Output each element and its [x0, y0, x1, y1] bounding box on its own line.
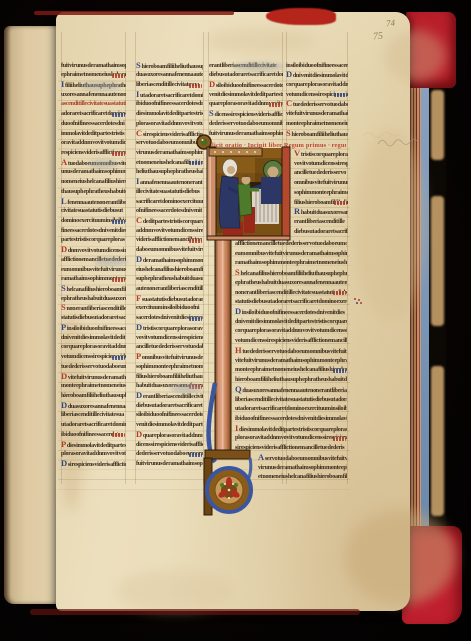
- text-line: ancille tue dederis servo: [294, 169, 348, 179]
- gothic-text: ille civitate sua statutis diebus: [136, 189, 200, 195]
- text-line: ploras oravit ad dnm vovit votum: [136, 120, 203, 130]
- gothic-text: ascendit ille civitate sua statutis: [61, 101, 126, 107]
- gothic-text: in silo ibi duo ofni finees sacerdotes: [286, 63, 348, 69]
- gothic-text: erant liberi ascendit ille: [294, 219, 345, 225]
- text-line: Dde ramathaim sophim monte ephraim: [136, 256, 203, 266]
- decorated-initial: D: [136, 431, 142, 437]
- gothic-text: diebus ut adoraret sacrificaret: [136, 403, 203, 409]
- cover-wear-patch: [431, 366, 444, 516]
- text-line: fuit vir unus de ramathaim sophim: [61, 62, 126, 72]
- gothic-text: tristis cor quare ploras oravit: [143, 326, 203, 332]
- gothic-text: quare ploras oravit ad dnm vovit: [143, 433, 203, 439]
- red-bottom-edge: [30, 609, 360, 615]
- gothic-text: dies immolavit dedit partes tristis: [136, 111, 203, 117]
- text-line: Fsua statutis diebus ut adoraret: [136, 295, 203, 305]
- line-filler: [189, 84, 202, 88]
- folio-number-below: 75: [372, 31, 383, 43]
- text-line: unus de ramathaim sophim monte: [61, 168, 126, 178]
- text-line: civitate sua statutis diebus ut: [61, 207, 126, 217]
- text-line: Dvite fuit vir unus de ramathaim: [61, 373, 126, 383]
- gothic-text: in silo ibi duo ofni finees sacerdotes: [67, 326, 126, 332]
- erasure-smudge: [232, 62, 284, 71]
- parchment-stain: [354, 130, 426, 320]
- gothic-text: ut adoraret sacrificaret domino: [140, 93, 203, 99]
- gothic-text: exercituum in silo ibi duo ofni: [136, 305, 199, 311]
- cover-wear-patch: [431, 90, 444, 160]
- gothic-text: civitate sua statutis diebus ut: [61, 208, 123, 214]
- gothic-text: non erant liberi ascendit ille: [66, 306, 126, 312]
- red-edge-stain-top: [266, 8, 336, 25]
- line-filler: [269, 103, 282, 107]
- text-line: uxores anna fenenna aute non erant: [61, 91, 126, 101]
- text-line: filius hieroboam filii heliu: [294, 199, 348, 209]
- gothic-text: liberi ascendit ille civitate sua: [61, 412, 124, 418]
- gothic-text: ancille tue dederis servo tuo dabo: [136, 344, 203, 350]
- gothic-text: si respiciens videris afflictionem: [68, 462, 126, 468]
- text-line: statutis diebus ut adoraret sacrificaret: [61, 314, 126, 324]
- gothic-text: uxores anna fenenna aute non erant: [61, 92, 126, 98]
- text-line: Lfenenna aute non erant liberi ascendit: [61, 198, 126, 208]
- line-filler: [112, 278, 125, 282]
- line-filler: [112, 220, 125, 224]
- text-line: thau suph ephratheus habuit duas: [61, 188, 126, 198]
- text-line: ascendit ille civitate sua statutis: [61, 100, 126, 110]
- eli-figure: [261, 177, 283, 204]
- decorated-initial: D: [61, 460, 67, 466]
- gothic-text: partes tristis cor quare ploras: [61, 237, 125, 243]
- decorated-initial: D: [136, 256, 142, 262]
- gothic-text: venit dies immolavit dedit partes tristi…: [209, 92, 283, 98]
- gothic-text: dnm vovit votum dicens si respiciens: [68, 248, 126, 254]
- margin-correction-mark: [354, 298, 363, 305]
- gothic-text: immolavit dedit partes tristis: [61, 131, 124, 137]
- gothic-text: sua statutis diebus ut adoraret: [142, 297, 203, 303]
- gothic-text: finees sacerdotes dni venit dies: [61, 228, 126, 234]
- text-line: erant liberi ascendit ille: [294, 218, 348, 228]
- gothic-text: dni venit dies immolavit dedit: [61, 335, 125, 341]
- decorated-initial: P: [136, 353, 141, 359]
- text-line: quare ploras oravit ad dnm vovit votum: [209, 100, 283, 110]
- text-line: filius hieroboam filii heliu thau: [136, 373, 203, 383]
- text-line: diebus ut adoraret sacrificaret: [294, 228, 348, 238]
- text-line: servo tuo dabo eum omnibus vite: [136, 139, 203, 149]
- text-line: ephraim et nomen eius helcana filius: [61, 71, 126, 81]
- gothic-text: oravit ad dnm vovit votum dicens: [61, 140, 126, 146]
- text-line: fuit vir unus de ramathaim sophim: [136, 460, 203, 470]
- text-line: Derant liberi ascendit ille civitate: [136, 392, 203, 402]
- text-line: ploras oravit ad dnm vovit votum: [61, 450, 126, 460]
- gothic-text: unus de ramathaim sophim monte: [61, 169, 126, 175]
- text-line: exercituum in silo ibi duo ofni: [136, 304, 203, 314]
- gothic-text: dederis servo tuo dabo eum omnibus vite: [209, 121, 283, 127]
- parchment-stain: [346, 510, 456, 605]
- line-filler: [112, 152, 125, 156]
- text-line: cor quare ploras oravit ad dnm: [61, 343, 126, 353]
- worn-cover-edge: [429, 76, 446, 552]
- gothic-text: servo tuo dabo eum omnibus vite: [136, 140, 203, 146]
- text-line: duas uxores anna fenenna aute non: [136, 71, 203, 81]
- gothic-text: fuit vir unus de ramathaim sophim: [61, 63, 126, 69]
- decorated-initial: C: [136, 217, 142, 223]
- gothic-text: suph ephratheus habuit duas uxores: [136, 276, 203, 282]
- gothic-text: anna fenenna aute non erant liberi: [140, 180, 203, 186]
- decorated-initial: D: [209, 81, 215, 87]
- text-line: Dsi respiciens videris afflictionem: [61, 460, 126, 470]
- gothic-text: venit dies immolavit dedit partes: [136, 422, 203, 428]
- parchment-stain: [206, 28, 316, 54]
- text-line: ofni finees sacerdotes dni venit: [136, 207, 203, 217]
- text-line: eum omnibus vite fuit vir unus: [61, 266, 126, 276]
- text-line: Shelcana filius hieroboam filii: [61, 285, 126, 295]
- gothic-text: omnibus vite fuit vir unus: [294, 180, 348, 186]
- gothic-text: monte ephraim et nomen eius helcana: [286, 121, 348, 127]
- text-line: dni venit dies immolavit dedit: [61, 334, 126, 344]
- gothic-text: si respiciens videris afflictionem: [143, 132, 203, 138]
- gothic-text: ibi duo ofni finees sacerdotes dni: [136, 101, 203, 107]
- text-line: Sdicens si respiciens videris affliction…: [209, 110, 283, 120]
- text-line: Pomnibus vite fuit vir unus de ramathaim: [136, 353, 203, 363]
- gothic-text: ephratheus habuit duas uxores anna: [61, 296, 126, 302]
- gothic-text: vite fuit vir unus de ramathaim: [286, 111, 348, 117]
- text-line: duo ofni finees sacerdotes dni: [61, 120, 126, 130]
- text-line: sacerdotes dni venit dies immolavit: [136, 314, 203, 324]
- text-line: Shieroboam filii heliu thau suph: [286, 130, 348, 140]
- text-line: ibi duo ofni finees sacerdotes dni: [136, 100, 203, 110]
- text-line: Dduas uxores anna fenenna aute non: [61, 402, 126, 412]
- gothic-text: dni venit dies immolavit dedit: [293, 73, 348, 79]
- decorated-initial: D: [136, 324, 142, 330]
- text-line: ut adoraret sacrificaret domino: [61, 421, 126, 431]
- text-line: sophim monte ephraim et nomen eius: [136, 363, 203, 373]
- text-line: hieroboam filii heliu thau suph: [61, 392, 126, 402]
- decorated-initial: S: [61, 304, 65, 310]
- gothic-text: dicens si respiciens videris afflictione…: [136, 442, 203, 448]
- text-line: vovit votum dicens si respiciens: [136, 334, 203, 344]
- text-line: Csi respiciens videris afflictionem: [136, 130, 203, 140]
- decorated-initial: D: [61, 373, 67, 379]
- text-line: Shieroboam filii heliu thau suph: [136, 62, 203, 72]
- left-page-edge: [4, 26, 64, 604]
- parchment-stain: [116, 570, 236, 612]
- erasure-smudge: [94, 258, 128, 266]
- text-line: dicens si respiciens videris afflictione…: [136, 441, 203, 451]
- gothic-text: diebus ut adoraret sacrificaret: [294, 229, 348, 235]
- gothic-text: omnibus vite fuit vir unus de ramathaim: [142, 355, 203, 361]
- gothic-text: vite fuit vir unus de ramathaim: [68, 375, 126, 381]
- gothic-text: duo ofni finees sacerdotes dni: [61, 121, 125, 127]
- gothic-text: dicens si respiciens videris afflictione…: [214, 112, 283, 118]
- decorated-initial: D: [286, 71, 292, 77]
- text-line: ramathaim sophim monte ephraim: [61, 275, 126, 285]
- decorated-initial: F: [136, 295, 141, 301]
- text-line: videris afflictionem ancille tue: [136, 236, 203, 246]
- gothic-text: vovit votum dicens si respiciens: [136, 335, 203, 341]
- text-line: dabo eum omnibus vite fuit vir unus: [136, 246, 203, 256]
- text-line: dies immolavit dedit partes tristis: [136, 110, 203, 120]
- text-line: heliu thau suph ephratheus habuit: [136, 168, 203, 178]
- parchment-stain: [384, 30, 446, 82]
- decorated-initial: D: [61, 246, 67, 252]
- gothic-text: diebus ut adoraret sacrificaret domino: [209, 72, 283, 78]
- gothic-text: nomen eius helcana filius hieroboam: [61, 179, 126, 185]
- gothic-text: sophim monte ephraim et nomen: [294, 190, 348, 196]
- gothic-text: heliu thau suph ephratheus habuit: [136, 169, 203, 175]
- text-line: omnibus vite fuit vir unus: [294, 179, 348, 189]
- text-line: cor quare ploras oravit ad dnm: [286, 81, 348, 91]
- text-line: ille civitate sua statutis diebus: [136, 188, 203, 198]
- text-line: Pin silo ibi duo ofni finees sacerdotes: [61, 324, 126, 334]
- column-4-upper: in silo ibi duo ofni finees sacerdotesDd…: [286, 62, 348, 140]
- text-line: diebus ut adoraret sacrificaret domino: [209, 71, 283, 81]
- erasure-smudge: [80, 82, 122, 90]
- text-line: adoraret sacrificaret domino exercituum: [61, 110, 126, 120]
- text-line: ad dnm vovit votum dicens si respiciens: [136, 227, 203, 237]
- gothic-text: ploras oravit ad dnm vovit votum: [136, 121, 203, 127]
- gothic-text: duas uxores anna fenenna aute non: [136, 72, 203, 78]
- gothic-text: vovit votum dicens si respiciens: [294, 161, 348, 167]
- text-line: finees sacerdotes dni venit dies: [61, 227, 126, 237]
- gothic-text: ofni finees sacerdotes dni venit: [136, 208, 202, 214]
- line-filler: [112, 356, 125, 360]
- line-filler: [333, 369, 346, 373]
- frame-left-bar: [207, 147, 216, 239]
- decorated-initial: S: [136, 62, 140, 68]
- gothic-text: monte ephraim et nomen eius helcana: [61, 383, 126, 389]
- text-line: votum dicens si respiciens videris: [61, 353, 126, 363]
- text-line: monte ephraim et nomen eius helcana: [61, 382, 126, 392]
- decorated-initial: C: [286, 100, 292, 106]
- faint-edge-mark: [362, 128, 402, 140]
- text-line: eius helcana filius hieroboam filii: [136, 266, 203, 276]
- column-beside-miniature: Vtristis cor quare ploras oravitvovit vo…: [294, 150, 348, 237]
- gothic-text: sacrificaret domino exercituum in: [136, 199, 203, 205]
- decorated-initial: P: [61, 441, 66, 447]
- gothic-text: dedit partes tristis cor quare ploras: [143, 219, 203, 225]
- folio-number: 74: [386, 18, 396, 29]
- line-filler: [112, 74, 125, 78]
- gothic-text: erant liberi ascendit ille civitate: [143, 394, 203, 400]
- decorated-initial: S: [209, 110, 213, 116]
- gothic-text: thau suph ephratheus habuit duas: [61, 189, 126, 195]
- gothic-text: statutis diebus ut adoraret sacrificaret: [61, 315, 126, 321]
- text-line: vite fuit vir unus de ramathaim: [286, 110, 348, 120]
- hannah-figure: [219, 176, 240, 228]
- text-line: respiciens videris afflictionem: [61, 149, 126, 159]
- decorated-initial: D: [61, 402, 67, 408]
- red-top-edge: [34, 11, 234, 15]
- text-line: dederis servo tuo dabo eum omnibus: [136, 450, 203, 460]
- gothic-text: helcana filius hieroboam filii: [66, 287, 126, 293]
- gothic-text: de ramathaim sophim monte ephraim: [143, 258, 203, 264]
- gothic-text: cor quare ploras oravit ad dnm: [61, 344, 126, 350]
- gothic-text: sophim monte ephraim et nomen eius: [136, 364, 203, 370]
- decorated-initial: L: [61, 198, 66, 204]
- gothic-text: hieroboam filii heliu thau suph: [291, 132, 348, 138]
- text-line: silo ibi duo ofni finees sacerdotes: [136, 411, 203, 421]
- gothic-text: vir unus de ramathaim sophim monte: [136, 150, 203, 156]
- fore-edge-blue-band: [421, 52, 429, 552]
- gothic-text: ad dnm vovit votum dicens si respiciens: [136, 228, 203, 234]
- gothic-text: hieroboam filii heliu thau suph: [61, 393, 126, 399]
- historiated-initial-miniature: [195, 128, 295, 528]
- cover-wear-patch: [431, 196, 444, 326]
- text-line: Dtristis cor quare ploras oravit: [136, 324, 203, 334]
- gothic-text: eius helcana filius hieroboam filii: [136, 267, 203, 273]
- text-line: Dquare ploras oravit ad dnm vovit: [136, 431, 203, 441]
- gothic-text: cor quare ploras oravit ad dnm: [286, 82, 348, 88]
- decorated-initial: A: [61, 159, 67, 165]
- gothic-text: tue dederis servo tuo dabo eum: [61, 364, 126, 370]
- text-line: ibi duo ofni finees sacerdotes: [61, 431, 126, 441]
- text-line: ancille tue dederis servo tuo dabo: [136, 343, 203, 353]
- text-line: domino exercituum in silo ibi duo: [61, 217, 126, 227]
- text-line: Ddni venit dies immolavit dedit: [286, 71, 348, 81]
- text-line: monte ephraim et nomen eius helcana: [286, 120, 348, 130]
- decorated-initial: D: [136, 392, 142, 398]
- text-line: Ianna fenenna aute non erant liberi: [136, 178, 203, 188]
- text-line: Pdies immolavit dedit partes tristis: [61, 441, 126, 451]
- gothic-text: filius hieroboam filii heliu thau: [136, 374, 203, 380]
- text-line: in silo ibi duo ofni finees sacerdotes: [286, 62, 348, 72]
- gothic-text: eum omnibus vite fuit vir unus: [61, 267, 126, 273]
- line-filler: [112, 433, 125, 437]
- gothic-text: duas uxores anna fenenna aute non: [68, 404, 126, 410]
- text-line: Rhabuit duas uxores anna fenenna: [294, 208, 348, 218]
- line-filler: [334, 201, 347, 205]
- text-line: oravit ad dnm vovit votum dicens: [61, 139, 126, 149]
- text-line: liberi ascendit ille civitate sua: [61, 411, 126, 421]
- text-line: nomen eius helcana filius hieroboam: [61, 178, 126, 188]
- photo-stage: fuit vir unus de ramathaim sophimephraim…: [0, 0, 471, 641]
- decorated-initial: I: [61, 81, 64, 87]
- text-line: tue dederis servo tuo dabo eum: [61, 363, 126, 373]
- gothic-text: tristis cor quare ploras oravit: [301, 152, 348, 158]
- gothic-text: dies immolavit dedit partes tristis: [67, 443, 126, 449]
- erasure-smudge: [88, 160, 118, 168]
- manuscript-page: fuit vir unus de ramathaim sophimephraim…: [56, 12, 410, 611]
- line-filler: [333, 437, 346, 441]
- text-line: Dsilo ibi duo ofni finees sacerdotes: [209, 81, 283, 91]
- gothic-text: silo ibi duo ofni finees sacerdotes: [216, 83, 283, 89]
- line-filler: [112, 113, 125, 117]
- gothic-text: ut adoraret sacrificaret domino: [61, 422, 126, 428]
- decorated-initial: I: [136, 91, 139, 97]
- text-line: Snon erant liberi ascendit ille: [61, 304, 126, 314]
- text-line: immolavit dedit partes tristis: [61, 130, 126, 140]
- frame-right-bar: [282, 147, 290, 239]
- decorated-initial: C: [136, 130, 142, 136]
- line-filler: [334, 93, 347, 97]
- text-line: Cdedit partes tristis cor quare ploras: [136, 217, 203, 227]
- gothic-text: aute non erant liberi ascendit ille: [136, 286, 203, 292]
- gothic-text: fuit vir unus de ramathaim sophim: [136, 461, 203, 467]
- gothic-text: ploras oravit ad dnm vovit votum: [61, 451, 126, 457]
- decorated-initial: I: [136, 178, 139, 184]
- text-line: ephratheus habuit duas uxores anna: [61, 295, 126, 305]
- text-line: liberi ascendit ille civitate sua: [136, 81, 203, 91]
- text-line: vir unus de ramathaim sophim monte: [136, 149, 203, 159]
- gothic-text: tue dederis servo tuo dabo eum: [293, 102, 348, 108]
- gothic-text: fenenna aute non erant liberi ascendit: [67, 200, 126, 206]
- decorated-initial: S: [61, 285, 65, 291]
- text-line: suph ephratheus habuit duas uxores: [136, 275, 203, 285]
- column-2: Shieroboam filii heliu thau suphduas uxo…: [136, 62, 203, 470]
- gothic-text: habuit duas uxores anna fenenna: [301, 210, 348, 216]
- text-line: Ctue dederis servo tuo dabo eum: [286, 100, 348, 110]
- text-line: aute non erant liberi ascendit ille: [136, 285, 203, 295]
- text-line: et nomen eius helcana filius hieroboam: [136, 159, 203, 169]
- gothic-text: hieroboam filii heliu thau suph: [141, 64, 203, 70]
- text-line: Ddnm vovit votum dicens si respiciens: [61, 246, 126, 256]
- text-line: partes tristis cor quare ploras: [61, 236, 126, 246]
- text-line: venit dies immolavit dedit partes tristi…: [209, 91, 283, 101]
- decorated-initial: P: [61, 324, 66, 330]
- text-line: sacrificaret domino exercituum in: [136, 198, 203, 208]
- text-line: sophim monte ephraim et nomen: [294, 189, 348, 199]
- gothic-text: dabo eum omnibus vite fuit vir unus: [136, 247, 203, 253]
- gothic-text: silo ibi duo ofni finees sacerdotes: [136, 412, 203, 418]
- text-line: diebus ut adoraret sacrificaret: [136, 402, 203, 412]
- text-line: venit dies immolavit dedit partes: [136, 421, 203, 431]
- text-line: vovit votum dicens si respiciens: [294, 160, 348, 170]
- gothic-text: ancille tue dederis servo: [294, 170, 346, 176]
- text-line: Iut adoraret sacrificaret domino: [136, 91, 203, 101]
- text-line: votum dicens si respiciens videris: [286, 91, 348, 101]
- line-filler: [333, 291, 346, 295]
